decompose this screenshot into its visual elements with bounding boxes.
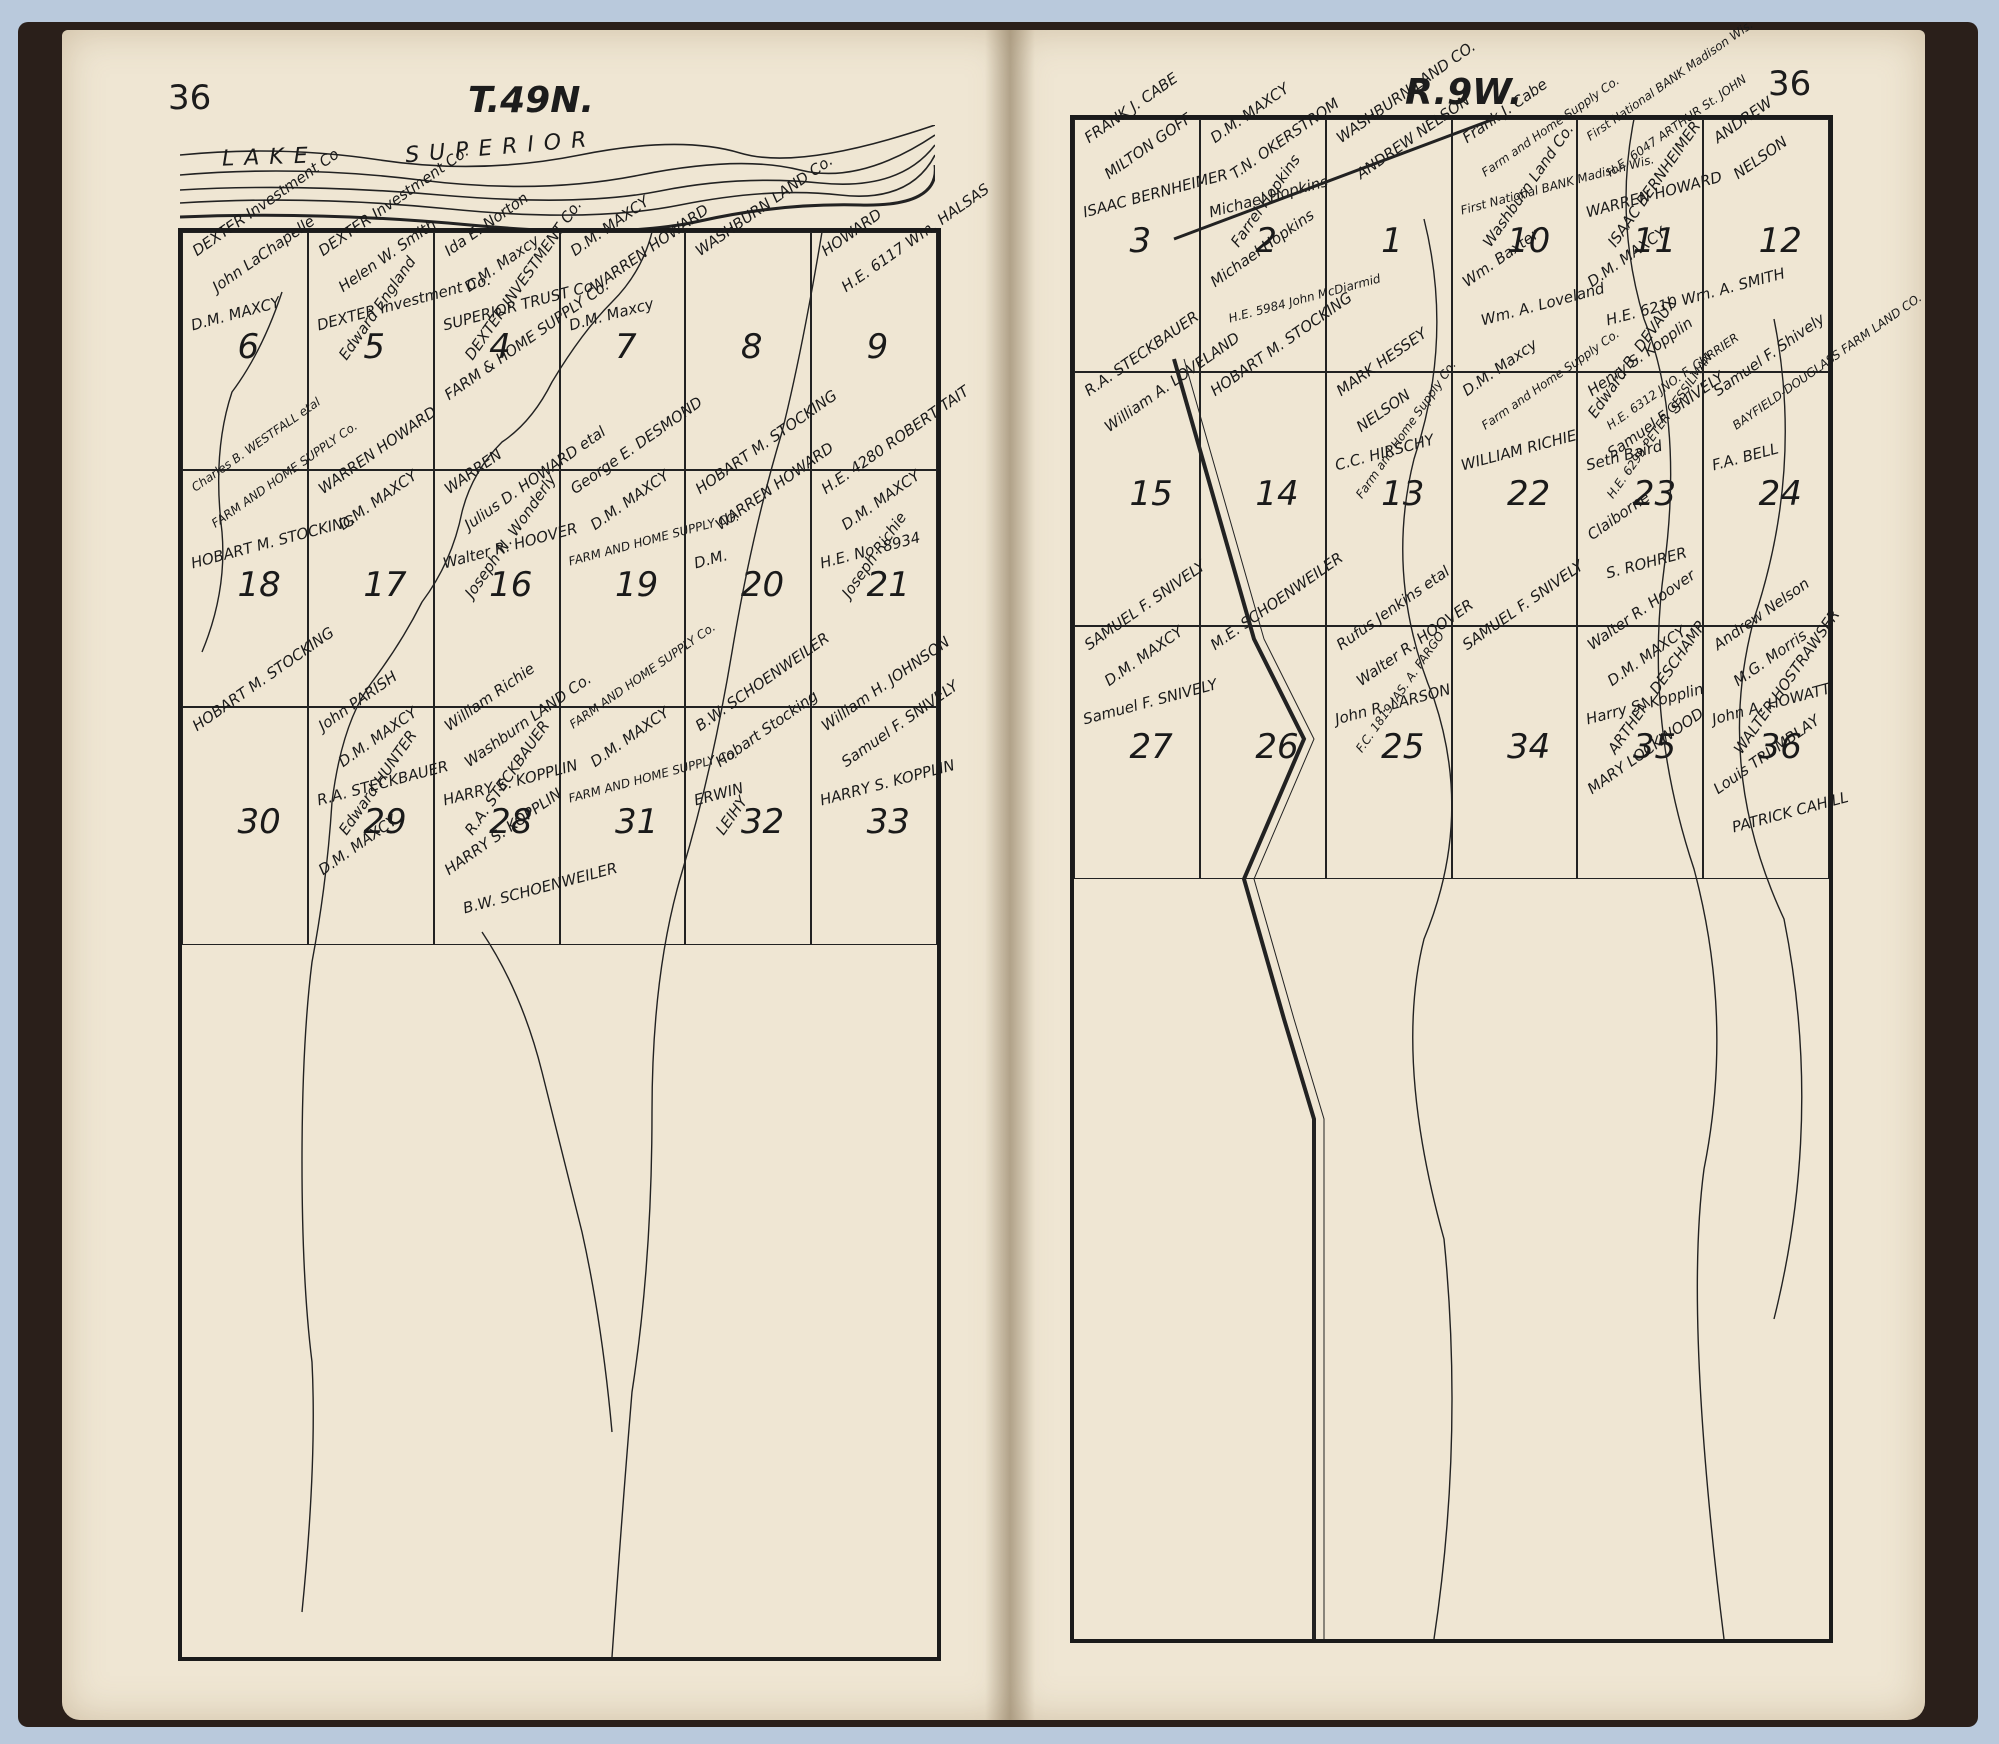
right-page-number: 36 bbox=[1768, 64, 1811, 104]
section-number: 24 bbox=[1759, 474, 1802, 514]
section-29: 29John PARISHD.M. MAXCYR.A. STECKBAUEREd… bbox=[308, 707, 434, 945]
section-32: 32B.W. SCHOENWEILERHobart StockingERWINL… bbox=[685, 707, 811, 945]
section-number: 20 bbox=[741, 565, 784, 605]
owner-label: WILLIAM RICHIE bbox=[1459, 427, 1578, 475]
section-10: 10Frank J. CabeFarm and Home Supply Co.F… bbox=[1452, 119, 1578, 372]
section-number: 22 bbox=[1507, 474, 1550, 514]
owner-label: PATRICK CAHILL bbox=[1730, 788, 1850, 836]
section-26: 26M.E. SCHOENWEILER bbox=[1200, 626, 1326, 879]
section-number: 25 bbox=[1381, 727, 1424, 767]
left-page-number: 36 bbox=[168, 78, 211, 118]
section-number: 19 bbox=[615, 565, 658, 605]
book-gutter bbox=[985, 30, 1035, 1720]
right-township-map: 3FRANK J. CABEMILTON GOFFISAAC BERNHEIME… bbox=[1070, 115, 1833, 1643]
section-34: 34SAMUEL F. SNIVELY bbox=[1452, 626, 1578, 879]
section-17: 17WARREN HOWARDD.M. MAXCY bbox=[308, 470, 434, 708]
section-number: 7 bbox=[615, 327, 637, 367]
left-township-map: 6DEXTER Investment CoJohn LaChapelleD.M.… bbox=[178, 228, 941, 1661]
section-number: 8 bbox=[741, 327, 763, 367]
section-30: 30HOBART M. STOCKING bbox=[182, 707, 308, 945]
owner-label: D.M. bbox=[692, 546, 730, 572]
section-16: 16WARRENJulius D. HOWARD etalWalter R. H… bbox=[434, 470, 560, 708]
section-number: 31 bbox=[615, 802, 658, 842]
section-number: 18 bbox=[237, 565, 280, 605]
section-number: 27 bbox=[1129, 727, 1172, 767]
section-number: 15 bbox=[1129, 474, 1172, 514]
section-number: 3 bbox=[1129, 221, 1151, 261]
section-33: 33William H. JOHNSONSamuel F. SNIVELYHAR… bbox=[811, 707, 937, 945]
section-31: 31FARM AND HOME SUPPLY Co.D.M. MAXCYFARM… bbox=[560, 707, 686, 945]
owner-label: Samuel F. SNIVELY bbox=[1081, 675, 1219, 728]
left-section-grid: 6DEXTER Investment CoJohn LaChapelleD.M.… bbox=[182, 232, 937, 1657]
section-number: 1 bbox=[1381, 221, 1403, 261]
owner-label: D.M. MAXCY bbox=[189, 293, 282, 334]
section-28: 28William RichieWashburn LAND Co.HARRY S… bbox=[434, 707, 560, 945]
owner-label: NELSON bbox=[1730, 133, 1791, 183]
section-number: 33 bbox=[867, 802, 910, 842]
section-number: 14 bbox=[1255, 474, 1298, 514]
section-19: 19George E. DESMONDD.M. MAXCYFARM AND HO… bbox=[560, 470, 686, 708]
section-number: 30 bbox=[237, 802, 280, 842]
section-25: 25Rufus Jenkins etalWalter R. HOOVERJohn… bbox=[1326, 626, 1452, 879]
owner-label: Claiborne bbox=[1584, 488, 1653, 544]
section-36: 36Andrew NelsonM.G. MorrisJohn A. HOWATT… bbox=[1703, 626, 1829, 879]
owner-label: F.A. BELL bbox=[1710, 440, 1780, 475]
right-section-grid: 3FRANK J. CABEMILTON GOFFISAAC BERNHEIME… bbox=[1074, 119, 1829, 1639]
section-4: 4Ida E. NortonD.M. MaxcySUPERIOR TRUST C… bbox=[434, 232, 560, 470]
section-6: 6DEXTER Investment CoJohn LaChapelleD.M.… bbox=[182, 232, 308, 470]
section-number: 34 bbox=[1507, 727, 1550, 767]
township-heading: T.49N. bbox=[468, 80, 594, 121]
section-number: 6 bbox=[237, 327, 259, 367]
section-number: 17 bbox=[363, 565, 406, 605]
section-number: 26 bbox=[1255, 727, 1298, 767]
section-35: 35Walter R. HooverD.M. MAXCYHarry S. Kop… bbox=[1577, 626, 1703, 879]
section-number: 12 bbox=[1759, 221, 1802, 261]
section-1: 1WASHBURN LAND CO.ANDREW NELSON bbox=[1326, 119, 1452, 372]
section-number: 13 bbox=[1381, 474, 1424, 514]
section-27: 27SAMUEL F. SNIVELYD.M. MAXCYSamuel F. S… bbox=[1074, 626, 1200, 879]
section-number: 9 bbox=[867, 327, 889, 367]
owner-label: D.M. Maxcy bbox=[567, 294, 656, 334]
